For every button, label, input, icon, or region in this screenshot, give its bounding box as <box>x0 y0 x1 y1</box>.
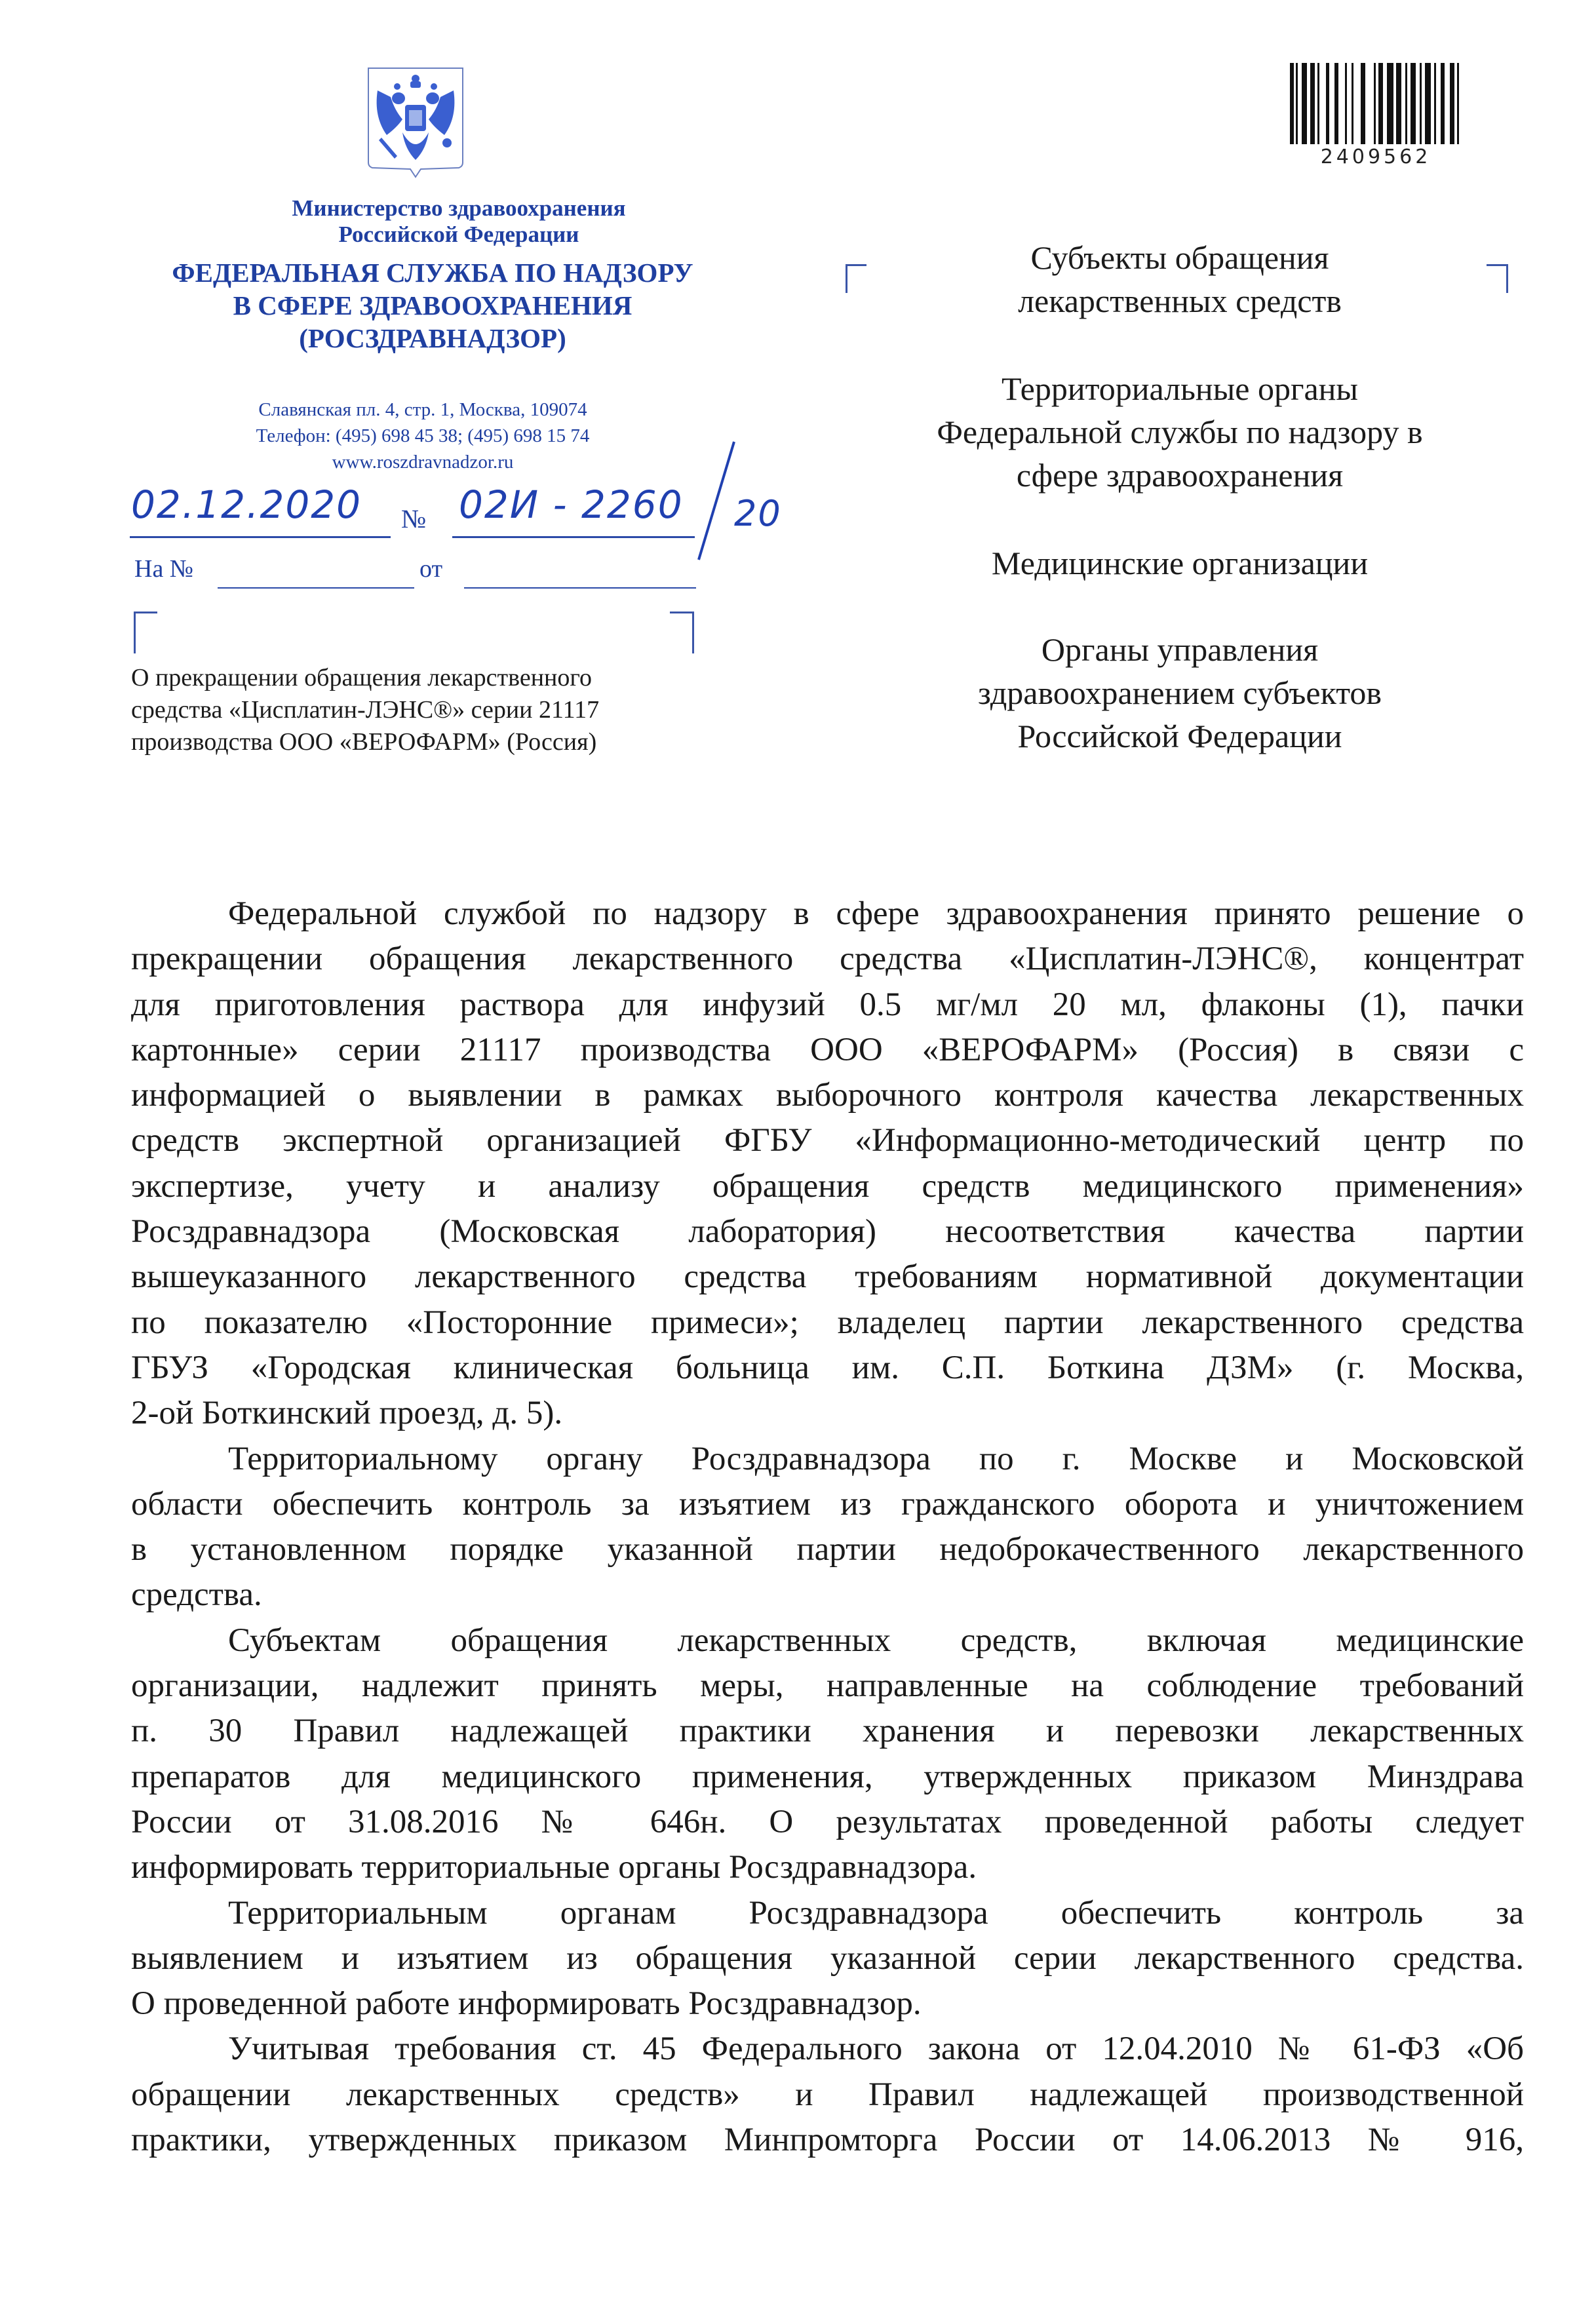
ministry-name-line2: Российской Федерации <box>164 222 754 248</box>
body-line: Федеральной службой по надзору в сфере з… <box>131 891 1524 937</box>
body-line: выявлением и изъятием из обращения указа… <box>131 1936 1524 1981</box>
body-line: информировать территориальные органы Рос… <box>131 1845 1524 1890</box>
recipient-line: сфере здравоохранения <box>852 454 1508 497</box>
number-sign: № <box>401 503 426 534</box>
subject-line1: О прекращении обращения лекарственного <box>131 662 708 694</box>
recipient-line: Федеральной службы по надзору в <box>852 410 1508 454</box>
service-name-line3: (РОСЗДРАВНАДЗОР) <box>98 322 767 354</box>
body-line: Учитывая требования ст. 45 Федерального … <box>131 2027 1524 2072</box>
recipient-medical-organizations: Медицинские организации <box>852 541 1508 585</box>
body-line: обращении лекарственных средств» и Прави… <box>131 2072 1524 2118</box>
website[interactable]: www.roszdravnadzor.ru <box>164 451 682 473</box>
body-line: практики, утвержденных приказом Минпромт… <box>131 2118 1524 2163</box>
recipient-line: Территориальные органы <box>852 367 1508 410</box>
barcode-number: 2409562 <box>1290 146 1462 168</box>
russian-coat-of-arms-icon <box>364 64 467 182</box>
reply-number-label: На № <box>134 554 193 583</box>
subject-line2: средства «Цисплатин-ЛЭНС®» серии 21117 <box>131 694 708 726</box>
recipient-territorial-bodies: Территориальные органы Федеральной служб… <box>852 367 1508 497</box>
body-line: по показателю «Посторонние примеси»; вла… <box>131 1300 1524 1346</box>
address: Славянская пл. 4, стр. 1, Москва, 109074 <box>164 398 682 421</box>
date-underline <box>130 536 391 538</box>
body-line: п. 30 Правил надлежащей практики хранени… <box>131 1709 1524 1754</box>
body-line: прекращении обращения лекарственного сре… <box>131 937 1524 982</box>
recipient-line: Медицинские организации <box>852 541 1508 585</box>
body-line: вышеуказанного лекарственного средства т… <box>131 1254 1524 1300</box>
recipient-health-authorities: Органы управления здравоохранением субъе… <box>852 628 1508 758</box>
service-name-line1: ФЕДЕРАЛЬНАЯ СЛУЖБА ПО НАДЗОРУ <box>98 257 767 288</box>
body-line: картонные» серии 21117 производства ООО … <box>131 1028 1524 1073</box>
registration-number: 02И - 2260 <box>459 482 684 527</box>
body-line: организации, надлежит принять меры, напр… <box>131 1663 1524 1709</box>
letter-body: Федеральной службой по надзору в сфере з… <box>131 891 1524 2163</box>
body-line: ГБУЗ «Городская клиническая больница им.… <box>131 1346 1524 1391</box>
service-name-line2: В СФЕРЕ ЗДРАВООХРАНЕНИЯ <box>98 290 767 321</box>
body-line: Территориальным органам Росздравнадзора … <box>131 1891 1524 1936</box>
body-line: информацией о выявлении в рамках выбороч… <box>131 1073 1524 1118</box>
body-line: экспертизе, учету и анализу обращения ср… <box>131 1164 1524 1209</box>
body-line: средства. <box>131 1572 1524 1618</box>
recipient-line: Субъекты обращения <box>852 236 1508 279</box>
barcode <box>1290 63 1462 144</box>
recipient-line: здравоохранением субъектов <box>852 671 1508 714</box>
recipient-line: Российской Федерации <box>852 714 1508 758</box>
registration-date: 02.12.2020 <box>131 482 362 527</box>
number-underline <box>452 536 695 538</box>
body-line: Территориальному органу Росздравнадзора … <box>131 1437 1524 1482</box>
body-line: препаратов для медицинского применения, … <box>131 1755 1524 1800</box>
body-line: 2-ой Боткинский проезд, д. 5). <box>131 1391 1524 1436</box>
registration-number-suffix: 20 <box>734 493 782 534</box>
recipient-line: Органы управления <box>852 628 1508 671</box>
recipient-line: лекарственных средств <box>852 279 1508 322</box>
body-line: Росздравнадзора (Московская лаборатория)… <box>131 1209 1524 1254</box>
reply-number-field[interactable] <box>218 587 414 589</box>
body-line: в установленном порядке указанной партии… <box>131 1527 1524 1572</box>
body-line: области обеспечить контроль за изъятием … <box>131 1482 1524 1527</box>
body-line: для приготовления раствора для инфузий 0… <box>131 982 1524 1028</box>
body-line: Субъектам обращения лекарственных средст… <box>131 1618 1524 1663</box>
phone: Телефон: (495) 698 45 38; (495) 698 15 7… <box>164 425 682 447</box>
ministry-name-line1: Министерство здравоохранения <box>164 195 754 222</box>
body-line: средств экспертной организацией ФГБУ «Ин… <box>131 1118 1524 1163</box>
recipient-drug-subjects: Субъекты обращения лекарственных средств <box>852 236 1508 322</box>
reply-date-label: от <box>419 554 442 583</box>
subject-line3: производства ООО «ВЕРОФАРМ» (Россия) <box>131 726 708 758</box>
body-line: О проведенной работе информировать Росзд… <box>131 1981 1524 2027</box>
body-line: России от 31.08.2016 № 646н. О результат… <box>131 1800 1524 1845</box>
reply-date-field[interactable] <box>464 587 696 589</box>
